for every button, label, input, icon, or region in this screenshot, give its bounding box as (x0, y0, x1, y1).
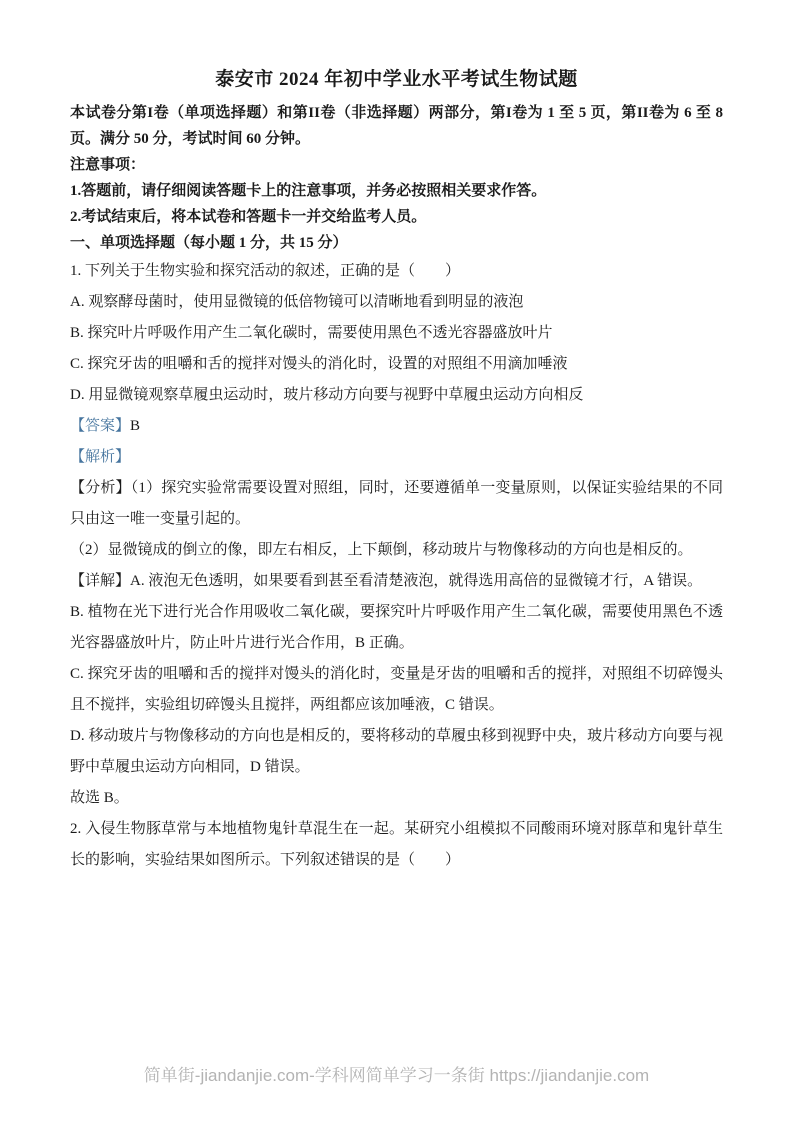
question2-stem: 2. 入侵生物豚草常与本地植物鬼针草混生在一起。某研究小组模拟不同酸雨环境对豚草… (70, 814, 723, 876)
intro-paragraph: 本试卷分第I卷（单项选择题）和第II卷（非选择题）两部分，第I卷为 1 至 5 … (70, 100, 723, 152)
detail-paragraph-d: D. 移动玻片与物像移动的方向也是相反的，要将移动的草履虫移到视野中央，玻片移动… (70, 721, 723, 783)
analysis-label: 【解析】 (70, 449, 130, 465)
answer-value: B (130, 418, 140, 434)
answer-line: 【答案】B (70, 411, 723, 442)
exam-instructions: 本试卷分第I卷（单项选择题）和第II卷（非选择题）两部分，第I卷为 1 至 5 … (70, 100, 723, 256)
detail-paragraph-b: B. 植物在光下进行光合作用吸收二氧化碳，要探究叶片呼吸作用产生二氧化碳，需要使… (70, 597, 723, 659)
question1-option-c: C. 探究牙齿的咀嚼和舌的搅拌对馒头的消化时，设置的对照组不用滴加唾液 (70, 349, 723, 380)
section-heading: 一、单项选择题（每小题 1 分，共 15 分） (70, 230, 723, 256)
question1-stem: 1. 下列关于生物实验和探究活动的叙述，正确的是（ ） (70, 256, 723, 287)
conclusion-line: 故选 B。 (70, 783, 723, 814)
question1-option-d: D. 用显微镜观察草履虫运动时，玻片移动方向要与视野中草履虫运动方向相反 (70, 380, 723, 411)
exam-paper-page: 泰安市 2024 年初中学业水平考试生物试题 本试卷分第I卷（单项选择题）和第I… (0, 0, 793, 1122)
analysis-heading-line: 【解析】 (70, 442, 723, 473)
question-answer-block: 1. 下列关于生物实验和探究活动的叙述，正确的是（ ） A. 观察酵母菌时，使用… (70, 256, 723, 876)
answer-label: 【答案】 (70, 418, 130, 434)
analysis-point-1-text: （1）探究实验常需要设置对照组，同时，还要遵循单一变量原则，以保证实验结果的不同… (70, 480, 723, 527)
detail-paragraph-c: C. 探究牙齿的咀嚼和舌的搅拌对馒头的消化时，变量是牙齿的咀嚼和舌的搅拌，对照组… (70, 659, 723, 721)
notice-item-1: 1.答题前，请仔细阅读答题卡上的注意事项，并务必按照相关要求作答。 (70, 178, 723, 204)
question1-option-b: B. 探究叶片呼吸作用产生二氧化碳时，需要使用黑色不透光容器盛放叶片 (70, 318, 723, 349)
exam-content: 泰安市 2024 年初中学业水平考试生物试题 本试卷分第I卷（单项选择题）和第I… (70, 64, 723, 876)
detail-paragraph-a: 【详解】A. 液泡无色透明，如果要看到甚至看清楚液泡，就得选用高倍的显微镜才行，… (70, 566, 723, 597)
analysis-point-2: （2）显微镜成的倒立的像，即左右相反，上下颠倒，移动玻片与物像移动的方向也是相反… (70, 535, 723, 566)
analysis-point-1: 【分析】（1）探究实验常需要设置对照组，同时，还要遵循单一变量原则，以保证实验结… (70, 473, 723, 535)
detail-a-text: A. 液泡无色透明，如果要看到甚至看清楚液泡，就得选用高倍的显微镜才行，A 错误… (130, 573, 702, 589)
detail-tag: 【详解】 (70, 573, 130, 589)
watermark-footer: 简单街-jiandanjie.com-学科网简单学习一条街 https://ji… (0, 1062, 793, 1090)
page-title: 泰安市 2024 年初中学业水平考试生物试题 (70, 64, 723, 96)
notice-heading: 注意事项： (70, 152, 723, 178)
analysis-tag: 【分析】 (70, 480, 131, 496)
question1-option-a: A. 观察酵母菌时，使用显微镜的低倍物镜可以清晰地看到明显的液泡 (70, 287, 723, 318)
notice-item-2: 2.考试结束后，将本试卷和答题卡一并交给监考人员。 (70, 204, 723, 230)
